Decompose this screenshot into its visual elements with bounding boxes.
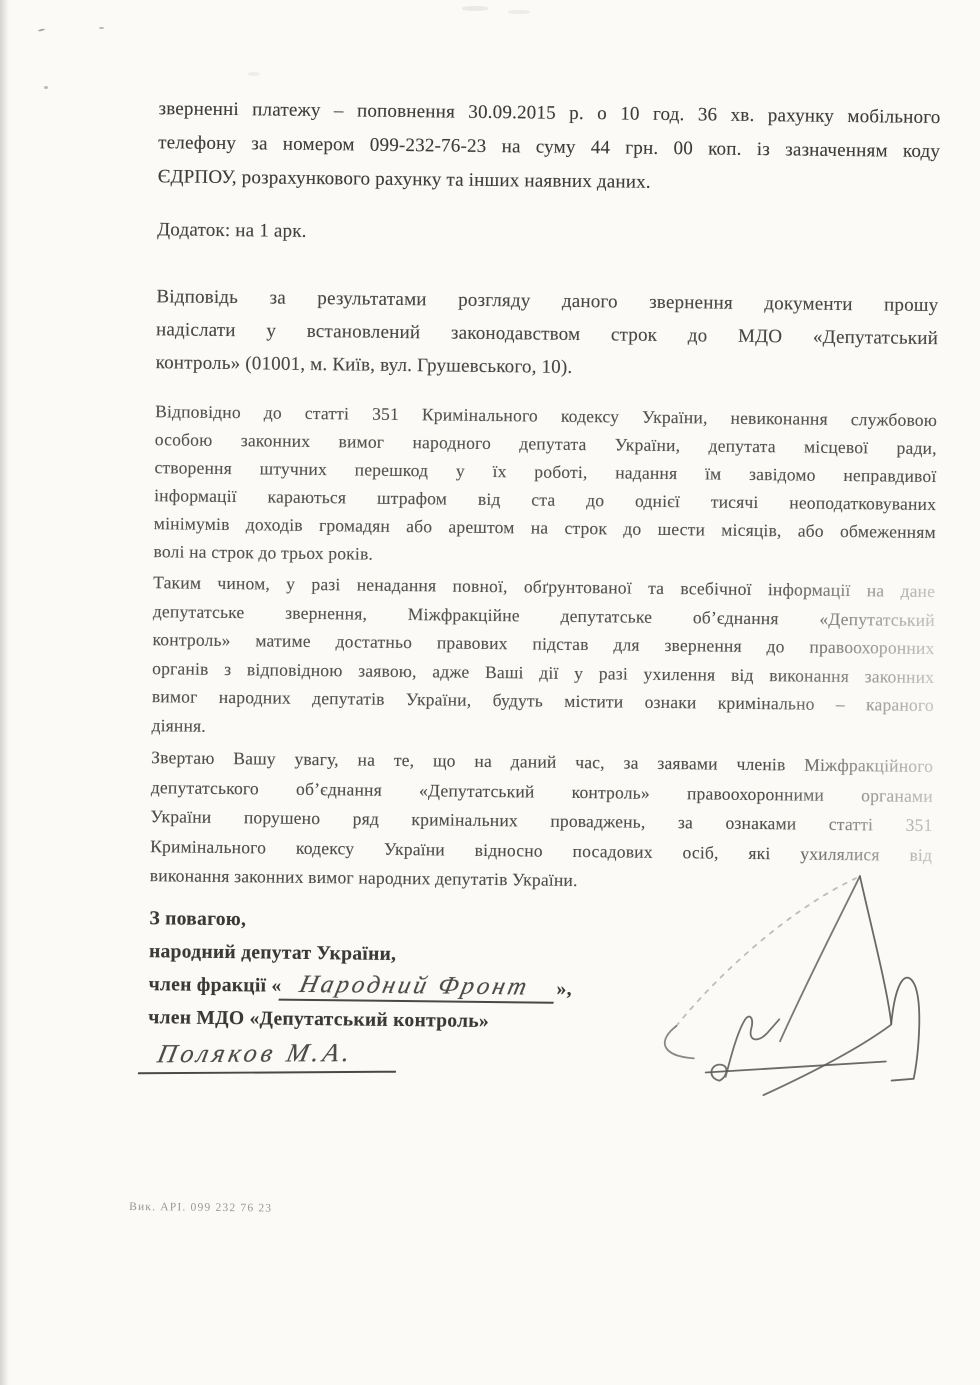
signature-fraction-line: член фракції «Народний Фронт», xyxy=(148,968,572,1006)
handwritten-signed-name: Поляков М.А. xyxy=(138,1038,403,1074)
signature-title: народний депутат України, xyxy=(149,935,573,973)
paragraph-continuation: зверненні платежу – поповнення 30.09.201… xyxy=(158,92,941,203)
letter-body: зверненні платежу – поповнення 30.09.201… xyxy=(8,0,980,6)
signature-block: З повагою, народний депутат України, чле… xyxy=(148,902,573,1081)
fraction-prefix: член фракції « xyxy=(149,974,282,997)
mdo-text: член МДО «Депутатський контроль» xyxy=(148,1007,489,1032)
letter-content: зверненні платежу – поповнення 30.09.201… xyxy=(0,0,980,1385)
signature-closing: З повагою, xyxy=(149,902,573,940)
paragraph-article-351: Відповідно до статті 351 Кримінального к… xyxy=(153,397,937,574)
paragraph-response-request: Відповідь за результатами розгляду даног… xyxy=(156,280,939,388)
text-line: Додаток: на 1 арк. xyxy=(157,213,939,256)
fraction-suffix: », xyxy=(557,979,572,1000)
executor-text: Вик. АРІ. 099 232 76 23 xyxy=(129,1201,272,1215)
paragraph-conclusion: Таким чином, у разі ненадання повної, об… xyxy=(151,568,935,748)
signature-mdo-line: член МДО «Депутатський контроль» xyxy=(148,1001,572,1039)
handwritten-fraction-name: Народний Фронт xyxy=(278,972,560,1004)
title-text: народний депутат України, xyxy=(149,941,397,965)
handwritten-signature-flourish-icon xyxy=(641,848,964,1112)
scanned-letter-page: зверненні платежу – поповнення 30.09.201… xyxy=(0,0,980,1385)
paragraph-attachment: Додаток: на 1 арк. xyxy=(157,213,939,256)
closing-text: З повагою, xyxy=(149,908,246,930)
executor-footer: Вик. АРІ. 099 232 76 23 xyxy=(129,1201,272,1215)
signature-name-line: Поляков М.А. xyxy=(148,1034,572,1081)
